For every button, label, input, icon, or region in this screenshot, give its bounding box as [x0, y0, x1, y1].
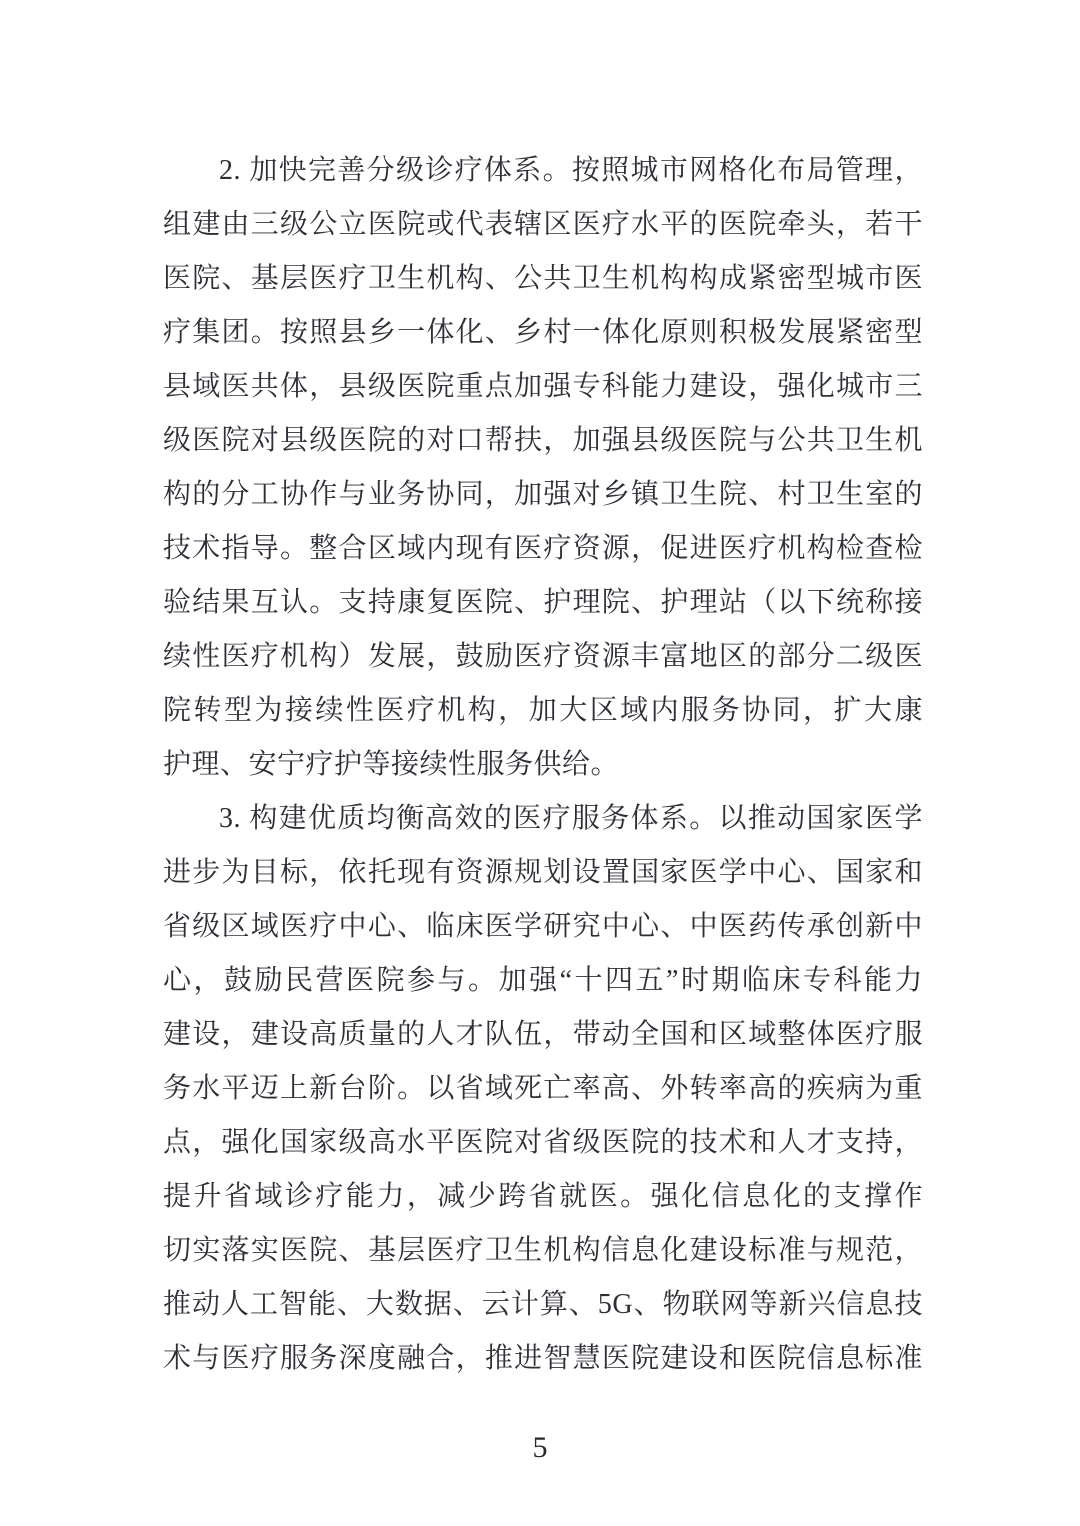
- text-line: 务水平迈上新台阶。以省域死亡率高、外转率高的疾病为重: [163, 1062, 923, 1116]
- text-line: 建设，建设高质量的人才队伍，带动全国和区域整体医疗服: [163, 1008, 923, 1062]
- text-line: 院转型为接续性医疗机构，加大区域内服务协同，扩大康复、: [163, 684, 923, 738]
- text-line: 3. 构建优质均衡高效的医疗服务体系。以推动国家医学: [163, 792, 923, 846]
- page-number: 5: [0, 1430, 1080, 1466]
- text-line: 术与医疗服务深度融合，推进智慧医院建设和医院信息标准: [163, 1332, 923, 1386]
- text-line: 构的分工协作与业务协同，加强对乡镇卫生院、村卫生室的: [163, 468, 923, 522]
- text-line: 级医院对县级医院的对口帮扶，加强县级医院与公共卫生机: [163, 414, 923, 468]
- text-line: 切实落实医院、基层医疗卫生机构信息化建设标准与规范，: [163, 1224, 923, 1278]
- text-line: 点，强化国家级高水平医院对省级医院的技术和人才支持，: [163, 1116, 923, 1170]
- text-line: 提升省域诊疗能力，减少跨省就医。强化信息化的支撑作用，: [163, 1170, 923, 1224]
- document-page: 2. 加快完善分级诊疗体系。按照城市网格化布局管理， 组建由三级公立医院或代表辖…: [0, 0, 1080, 1526]
- document-body: 2. 加快完善分级诊疗体系。按照城市网格化布局管理， 组建由三级公立医院或代表辖…: [163, 144, 923, 1386]
- text-line: 省级区域医疗中心、临床医学研究中心、中医药传承创新中: [163, 900, 923, 954]
- text-line: 心，鼓励民营医院参与。加强“十四五”时期临床专科能力: [163, 954, 923, 1008]
- text-line: 组建由三级公立医院或代表辖区医疗水平的医院牵头，若干: [163, 198, 923, 252]
- text-line: 进步为目标，依托现有资源规划设置国家医学中心、国家和: [163, 846, 923, 900]
- text-line: 续性医疗机构）发展，鼓励医疗资源丰富地区的部分二级医: [163, 630, 923, 684]
- text-line: 医院、基层医疗卫生机构、公共卫生机构构成紧密型城市医: [163, 252, 923, 306]
- text-line: 县域医共体，县级医院重点加强专科能力建设，强化城市三: [163, 360, 923, 414]
- text-line: 技术指导。整合区域内现有医疗资源，促进医疗机构检查检: [163, 522, 923, 576]
- text-line: 2. 加快完善分级诊疗体系。按照城市网格化布局管理，: [163, 144, 923, 198]
- text-line: 推动人工智能、大数据、云计算、5G、物联网等新兴信息技: [163, 1278, 923, 1332]
- text-line: 验结果互认。支持康复医院、护理院、护理站（以下统称接: [163, 576, 923, 630]
- text-line: 护理、安宁疗护等接续性服务供给。: [163, 738, 923, 792]
- text-line: 疗集团。按照县乡一体化、乡村一体化原则积极发展紧密型: [163, 306, 923, 360]
